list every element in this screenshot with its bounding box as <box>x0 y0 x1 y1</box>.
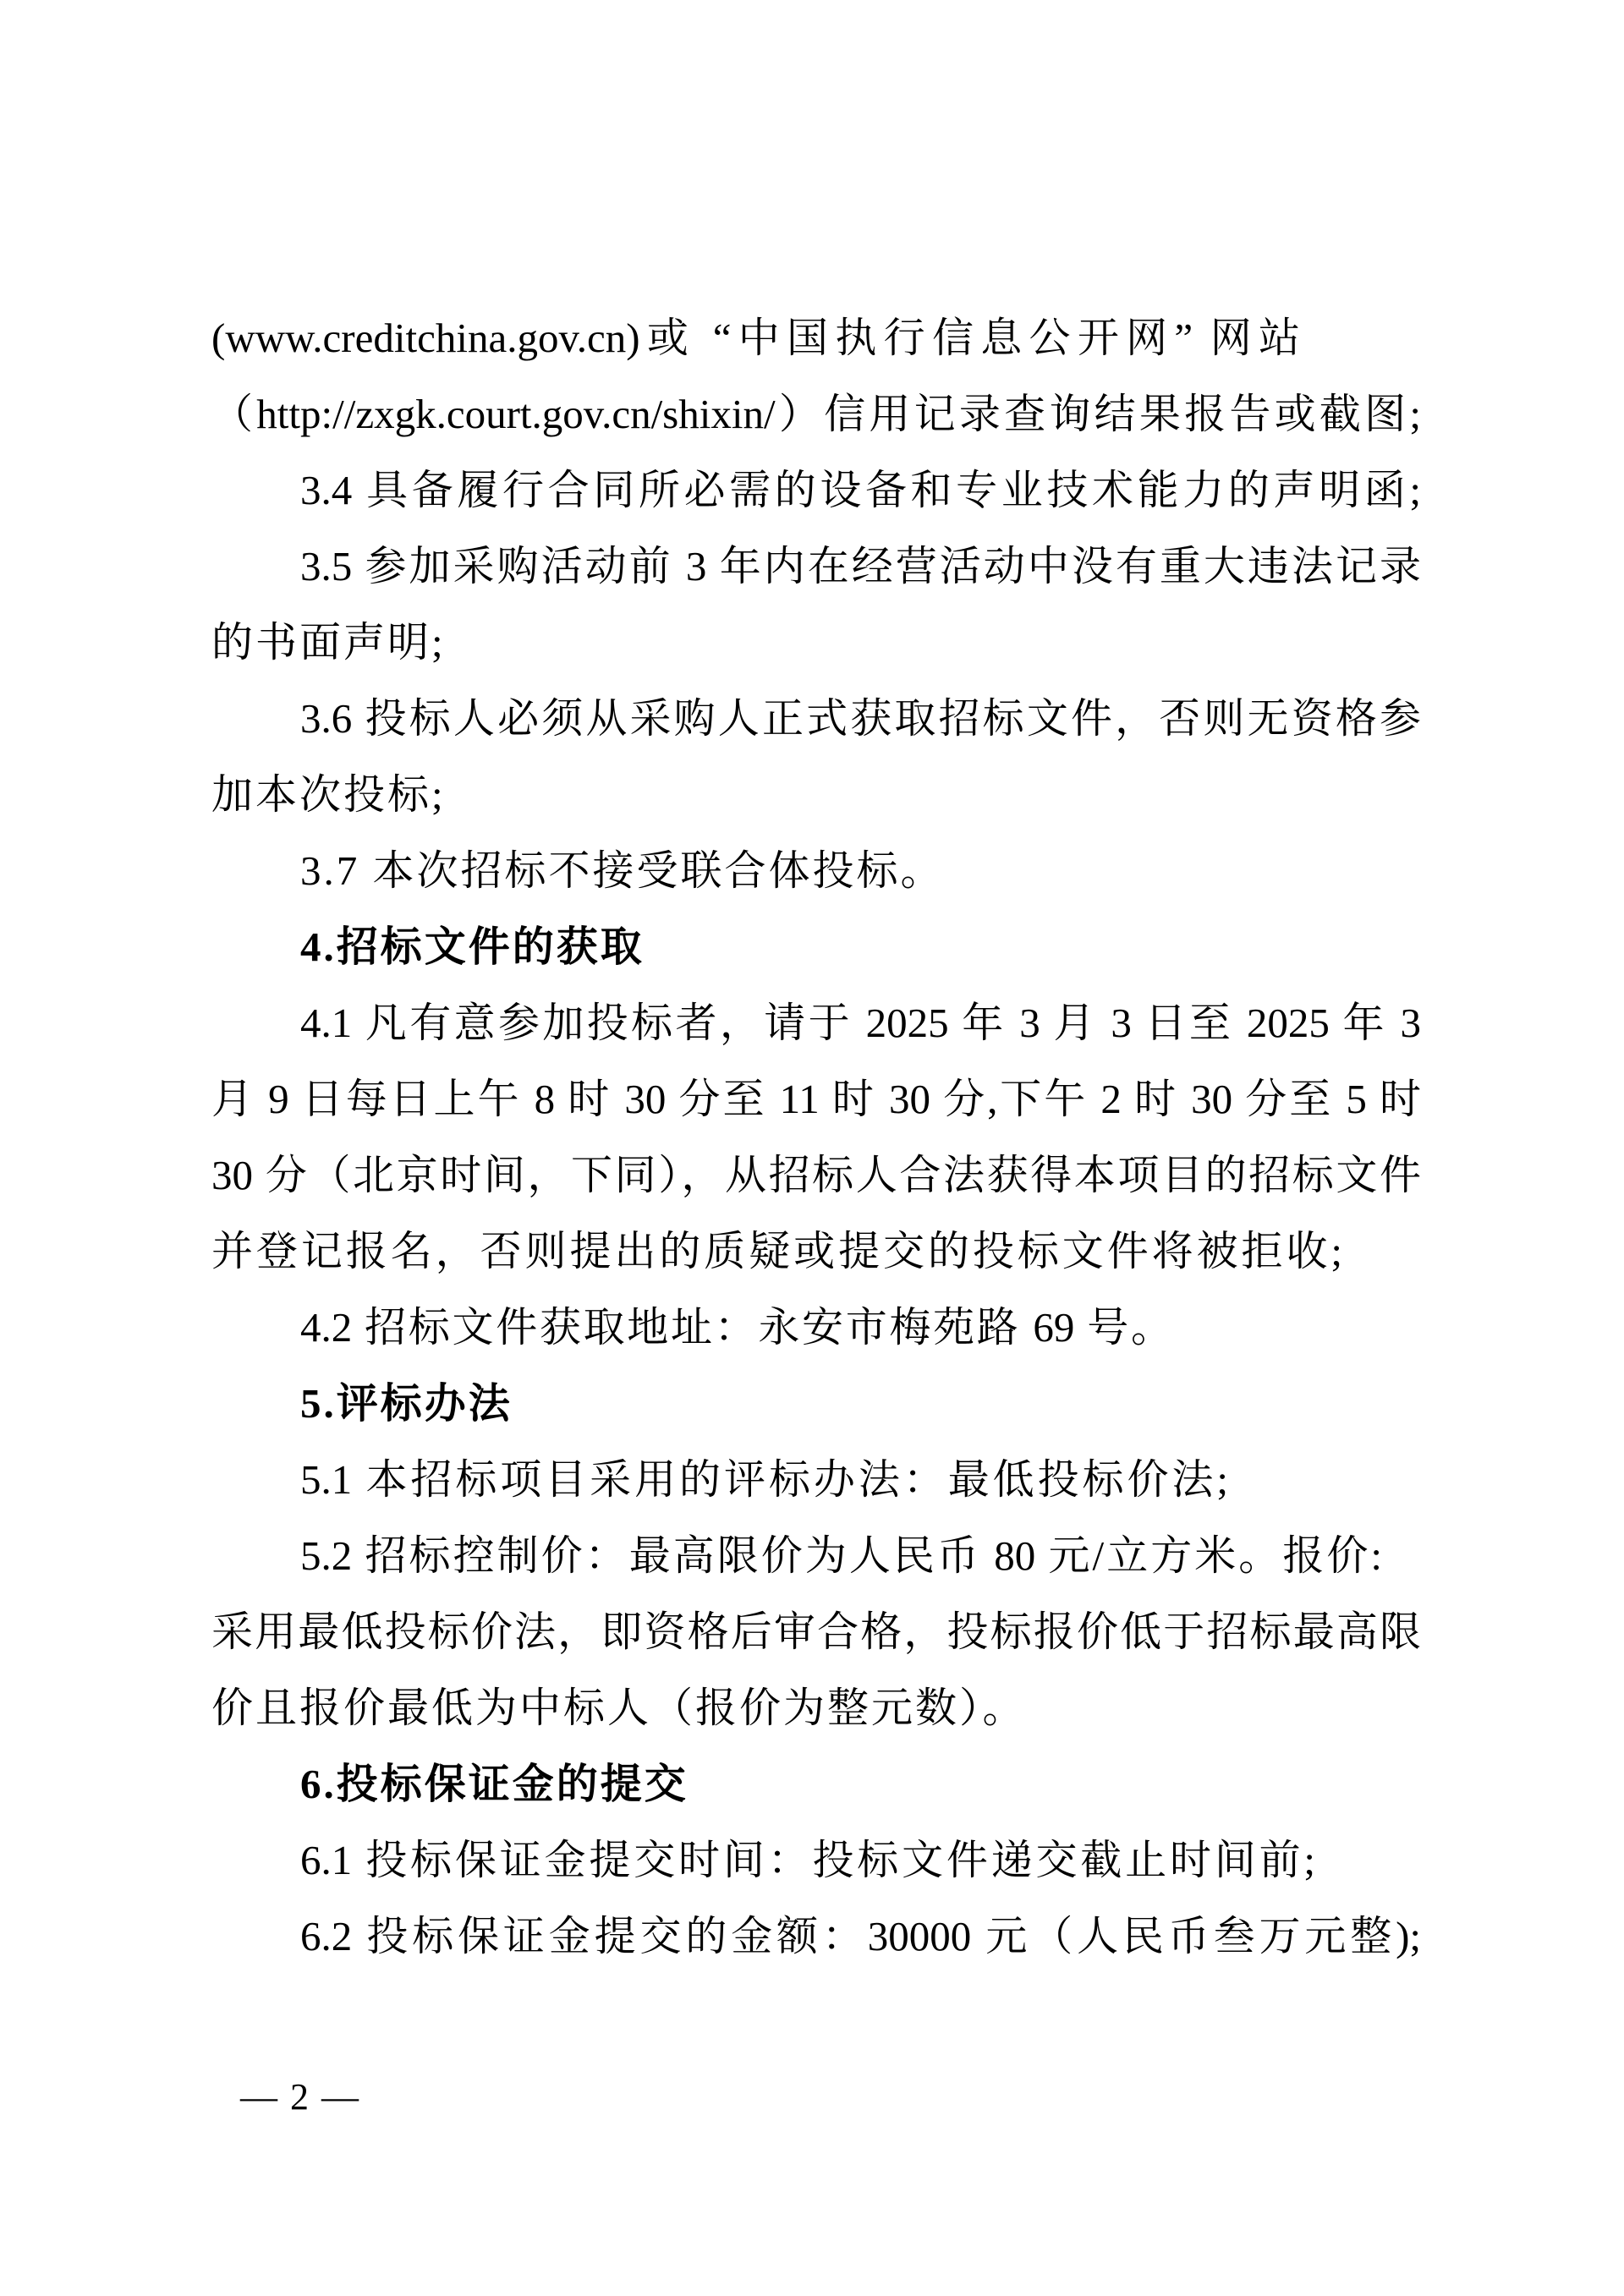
text-line: 加本次投标; <box>211 757 1421 833</box>
text-line: 30 分（北京时间，下同），从招标人合法获得本项目的招标文件 <box>211 1137 1421 1214</box>
page-number: — 2 — <box>240 2074 360 2121</box>
text-line: 5.评标办法 <box>211 1366 1421 1442</box>
text-line: 3.4 具备履行合同所必需的设备和专业技术能力的声明函; <box>211 452 1421 529</box>
text-line: 4.2 招标文件获取地址：永安市梅苑路 69 号。 <box>211 1290 1172 1366</box>
text-line: 采用最低投标价法，即资格后审合格，投标报价低于招标最高限 <box>211 1594 1421 1670</box>
text-line: 4.1 凡有意参加投标者，请于 2025 年 3 月 3 日至 2025 年 3 <box>211 985 1421 1061</box>
text-line: 3.5 参加采购活动前 3 年内在经营活动中没有重大违法记录 <box>211 529 1421 605</box>
text-line: 6.投标保证金的提交 <box>211 1746 1421 1822</box>
text-line: 6.2 投标保证金提交的金额：30000 元（人民币叁万元整); <box>211 1899 1421 1975</box>
text-line: 6.1 投标保证金提交时间：投标文件递交截止时间前; <box>211 1822 1315 1899</box>
document-body: (www.creditchina.gov.cn)或 “中国执行信息公开网” 网站… <box>211 300 1421 1975</box>
text-line: 5.2 招标控制价：最高限价为人民币 80 元/立方米。报价: <box>211 1518 1382 1594</box>
text-line: （http://zxgk.court.gov.cn/shixin/）信用记录查询… <box>211 376 1421 452</box>
text-line: 并登记报名，否则提出的质疑或提交的投标文件将被拒收; <box>211 1214 1342 1290</box>
document-page: (www.creditchina.gov.cn)或 “中国执行信息公开网” 网站… <box>0 0 1624 2296</box>
text-line: (www.creditchina.gov.cn)或 “中国执行信息公开网” 网站 <box>211 300 1300 376</box>
text-line: 4.招标文件的获取 <box>211 909 1421 985</box>
text-line: 月 9 日每日上午 8 时 30 分至 11 时 30 分,下午 2 时 30 … <box>211 1061 1421 1137</box>
text-line: 3.6 投标人必须从采购人正式获取招标文件，否则无资格参 <box>211 681 1421 757</box>
text-line: 价且报价最低为中标人（报价为整元数）。 <box>211 1670 1421 1746</box>
text-line: 5.1 本招标项目采用的评标办法：最低投标价法; <box>211 1442 1228 1518</box>
text-line: 3.7 本次招标不接受联合体投标。 <box>211 833 1421 909</box>
text-line: 的书面声明; <box>211 605 1421 681</box>
